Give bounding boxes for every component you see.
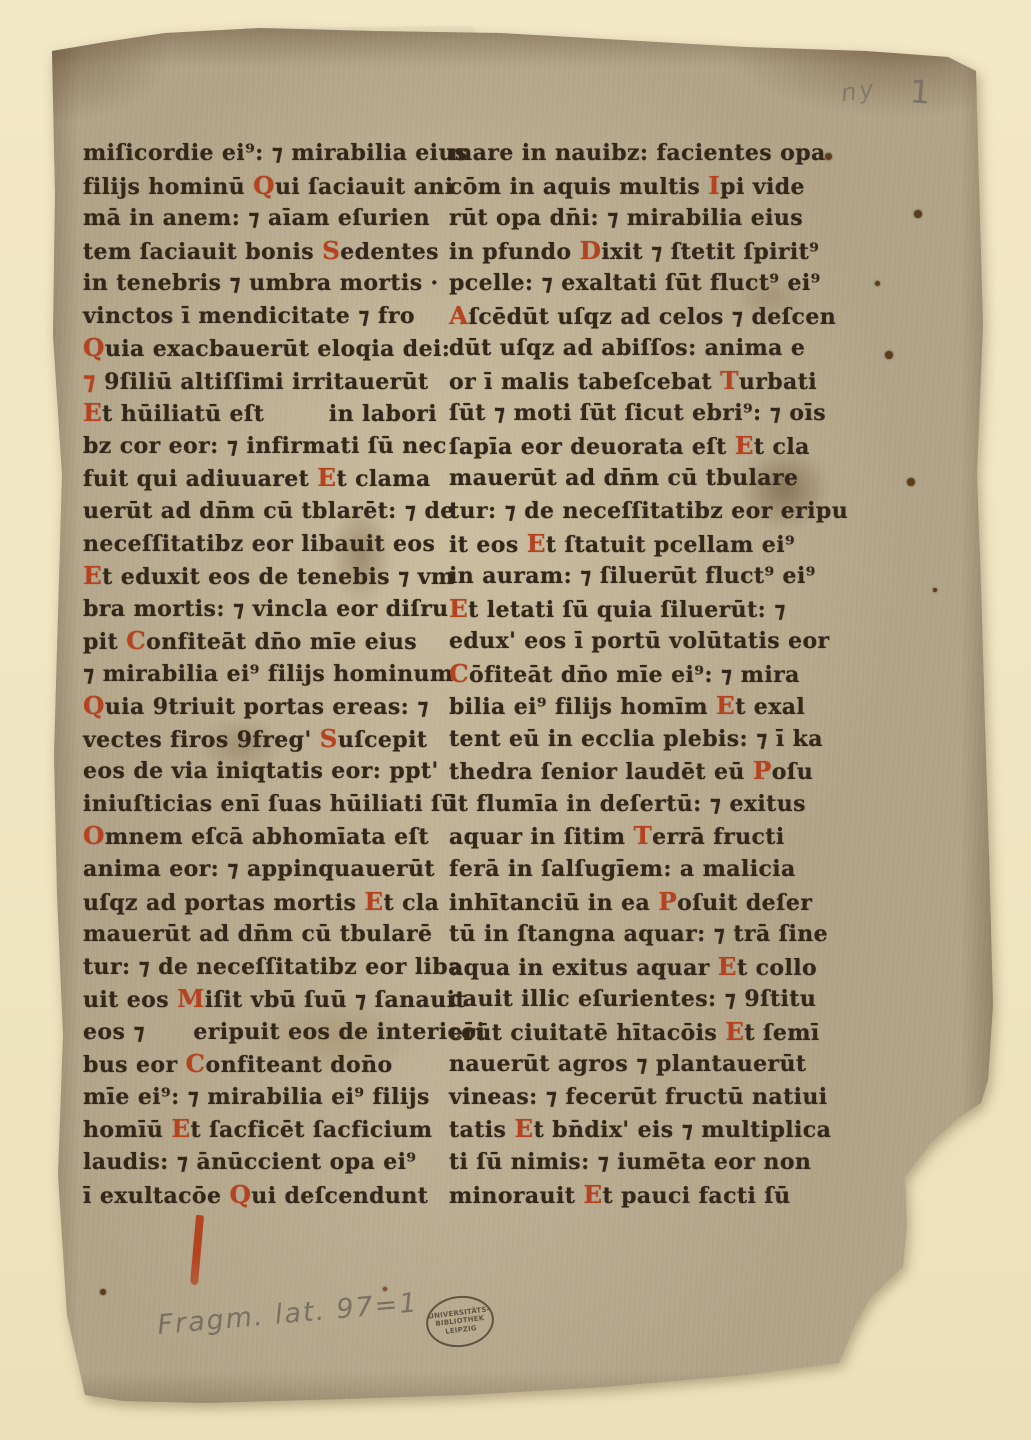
ink-text: mare in nauibz: facientes opa <box>449 140 826 166</box>
ink-text: ixit ⁊ ſtetit ſpirit⁹ <box>601 239 819 265</box>
ink-text: uia exacbauerūt eloqia dei: <box>105 336 450 362</box>
ink-text: ti ſū nimis: ⁊ iumēta eor non <box>449 1149 811 1175</box>
ink-text: in pfundo <box>449 239 580 265</box>
rubric-initial: E <box>364 887 383 916</box>
rubric-initial: E <box>718 952 737 981</box>
rubric-initial: P <box>658 887 677 916</box>
rubric-initial: ⁊ <box>83 366 96 395</box>
ink-text: uia 9triuit portas ereas: ⁊ <box>105 694 429 720</box>
text-line: vectes firos 9freg' Suſcepit <box>83 723 457 756</box>
ink-text: onfiteant don̄o <box>206 1052 393 1078</box>
ink-text: bilia ei⁹ filijs homīm <box>449 694 716 720</box>
text-line: or ī malis tabeſcebat Turbati <box>449 365 849 398</box>
text-line: aqua in exitus aquar Et collo <box>449 951 849 984</box>
ink-text: neceſſitatibz eor libauit eos <box>83 531 435 557</box>
text-line: tatis Et bn̄dix' eis ⁊ multiplica <box>449 1113 849 1146</box>
text-line: uit eos Miſit vbū ſuū ⁊ ſanauit <box>83 983 457 1016</box>
ink-text: erūt ciuitatē hītacōis <box>449 1020 725 1046</box>
ink-text: vineas: ⁊ fecerūt fructū natiui <box>449 1084 828 1110</box>
text-line: ti ſū nimis: ⁊ iumēta eor non <box>449 1146 849 1179</box>
ink-text: vectes firos 9freg' <box>83 727 320 753</box>
text-line: Et eduxit eos de tenebis ⁊ vm <box>83 560 457 593</box>
text-line: minorauit Et pauci facti ſū <box>449 1179 849 1212</box>
text-line: tur: ⁊ de neceſſitatibz eor liba <box>83 951 457 984</box>
ink-text: t ſacficēt ſacficium <box>191 1117 433 1143</box>
text-line: in tenebris ⁊ umbra mortis · <box>83 267 457 300</box>
ink-text: in auram: ⁊ ſiluerūt fluct⁹ ei⁹ <box>449 563 816 589</box>
text-line: erūt ciuitatē hītacōis Et ſemī <box>449 1016 849 1049</box>
text-line: anima eor: ⁊ appinquauerūt <box>83 853 457 886</box>
ink-text: minorauit <box>449 1183 583 1209</box>
rubric-initial-descender <box>190 1215 204 1285</box>
text-line: iniuſticias enī ſuas hūiliati ſū <box>83 788 457 821</box>
text-line: tem ſaciauit bonis Sedentes <box>83 235 457 268</box>
ink-text: eos de via iniqtatis eor: ppt' <box>83 758 439 784</box>
text-line: ſūt ⁊ moti ſūt ſicut ebri⁹: ⁊ oīs <box>449 397 849 430</box>
text-line: dūt uſqz ad abiſſos: anima e <box>449 332 849 365</box>
rubric-initial: S <box>322 236 340 265</box>
ink-text: mauerūt ad dn̄m cū tbularē <box>83 921 432 947</box>
ink-text: t collo <box>737 955 817 981</box>
rubric-initial: M <box>177 984 205 1013</box>
text-line: ſapīa eor deuorata eſt Et cla <box>449 430 849 463</box>
ink-text: t cla <box>383 890 439 916</box>
ink-text: t ſtatuit pcellam ei⁹ <box>546 532 795 558</box>
text-line: tur: ⁊ de neceſſitatibz eor eripu <box>449 495 849 528</box>
rubric-initial: A <box>449 301 469 330</box>
ink-text: pit <box>83 629 126 655</box>
ink-text: ī exultacōe <box>83 1183 229 1209</box>
text-line: in pfundo Dixit ⁊ ſtetit ſpirit⁹ <box>449 235 849 268</box>
ink-text: tatis <box>449 1117 514 1143</box>
ink-text: iſit vbū ſuū ⁊ ſanauit <box>205 987 466 1013</box>
ink-text: ſūt ⁊ moti ſūt ſicut ebri⁹: ⁊ oīs <box>449 400 826 426</box>
rubric-initial: S <box>320 724 338 753</box>
text-line: cauit illic eſurientes: ⁊ 9ſtitu <box>449 983 849 1016</box>
rubric-initial: C <box>186 1049 206 1078</box>
text-line: eos de via iniqtatis eor: ppt' <box>83 755 457 788</box>
ink-text: aquar in ſitim <box>449 824 633 850</box>
rubric-initial: E <box>583 1180 602 1209</box>
ink-text: bra mortis: ⁊ vincla eor diſru <box>83 596 449 622</box>
ink-text: t exal <box>735 694 805 720</box>
ink-text: tū in ſtangna aquar: ⁊ trā ſine <box>449 921 828 947</box>
text-column-right: mare in nauibz: facientes opacōm in aqui… <box>449 137 849 1211</box>
text-line: Aſcēdūt uſqz ad celos ⁊ deſcen <box>449 300 849 333</box>
ink-text: uſcepit <box>338 727 428 753</box>
text-line: Et letati ſū quia ſiluerūt: ⁊ <box>449 593 849 626</box>
ink-text: ferā in ſalſugīem: a malicia <box>449 856 796 882</box>
ink-text: oſu <box>772 759 813 785</box>
ink-text: edux' eos ī portū volūtatis eor <box>449 628 830 654</box>
rubric-initial: E <box>735 431 754 460</box>
text-line: it eos Et ſtatuit pcellam ei⁹ <box>449 528 849 561</box>
ink-text: it flumīa in deſertū: ⁊ exitus <box>449 791 806 817</box>
ink-text: anima eor: ⁊ appinquauerūt <box>83 856 435 882</box>
ink-text: homīū <box>83 1117 171 1143</box>
ink-text: cauit illic eſurientes: ⁊ 9ſtitu <box>449 986 816 1012</box>
ink-text: ſapīa eor deuorata eſt <box>449 434 735 460</box>
ink-text: eos ⁊ eripuit eos de intericōi <box>83 1019 485 1045</box>
text-line: mare in nauibz: facientes opa <box>449 137 849 170</box>
text-line: bilia ei⁹ filijs homīm Et exal <box>449 690 849 723</box>
shelfmark-annotation: Fragm. lat. 97=1 <box>156 1284 458 1341</box>
text-line: bus eor Confiteant don̄o <box>83 1048 457 1081</box>
rubric-initial: Q <box>83 691 105 720</box>
ink-text: urbati <box>739 369 817 395</box>
ink-text: errā fructi <box>652 824 784 850</box>
ink-text: tur: ⁊ de neceſſitatibz eor eripu <box>449 498 848 524</box>
text-line: uſqz ad portas mortis Et cla <box>83 886 457 919</box>
text-line: Et hūiliatū eſt in labori <box>83 397 457 430</box>
text-line: mauerūt ad dn̄m cū tbularē <box>83 918 457 951</box>
ink-text: uit eos <box>83 987 177 1013</box>
ink-text: filijs hominū <box>83 174 253 200</box>
text-line: homīū Et ſacficēt ſacficium <box>83 1113 457 1146</box>
ink-text: t bn̄dix' eis ⁊ multiplica <box>534 1117 832 1143</box>
ink-text: mīe ei⁹: ⁊ mirabilia ei⁹ filijs <box>83 1084 430 1110</box>
rubric-initial: T <box>720 366 739 395</box>
ink-text: bz cor eor: ⁊ infirmati ſū nec <box>83 433 447 459</box>
rubric-initial: D <box>580 236 602 265</box>
text-line: ⁊ 9ſiliū altiſſimi irritauerūt <box>83 365 457 398</box>
wormhole <box>907 478 915 486</box>
manuscript-photo: { "page": { "background_color": "#f0e5c2… <box>0 0 1031 1440</box>
rubric-initial: T <box>633 821 652 850</box>
ink-text: t clama <box>336 466 430 492</box>
ink-text: tem ſaciauit bonis <box>83 239 322 265</box>
text-line: Omnem eſcā abhomīata eſt <box>83 820 457 853</box>
ink-text: mauerūt ad dn̄m cū tbulare <box>449 465 798 491</box>
wormhole <box>933 588 937 592</box>
ink-text: mnem eſcā abhomīata eſt <box>105 824 429 850</box>
ink-text: t letati ſū quia ſiluerūt: ⁊ <box>468 597 786 623</box>
rubric-initial: I <box>708 171 720 200</box>
rubric-initial: E <box>317 463 336 492</box>
rubric-initial: Q <box>83 333 105 362</box>
text-line: uerūt ad dn̄m cū tblarēt: ⁊ de <box>83 495 457 528</box>
rubric-initial: Q <box>253 171 275 200</box>
text-line: rūt opa dn̄i: ⁊ mirabilia eius <box>449 202 849 235</box>
ink-text: t cla <box>754 434 810 460</box>
rubric-initial: E <box>527 529 546 558</box>
rubric-initial: E <box>83 561 102 590</box>
ink-text: nauerūt agros ⁊ plantauerūt <box>449 1051 807 1077</box>
ink-text: ui deſcendunt <box>251 1183 428 1209</box>
wormhole <box>100 1289 106 1295</box>
text-line: Quia 9triuit portas ereas: ⁊ <box>83 690 457 723</box>
ink-text: oſuit deſer <box>677 890 812 916</box>
ink-text: in tenebris ⁊ umbra mortis · <box>83 270 439 296</box>
ink-text: tent eū in ecclia plebis: ⁊ ī ka <box>449 726 823 752</box>
wormhole <box>885 351 893 359</box>
ink-text: bus eor <box>83 1052 186 1078</box>
text-line: mauerūt ad dn̄m cū tbulare <box>449 462 849 495</box>
text-line: inhītanciū in ea Poſuit deſer <box>449 886 849 919</box>
parchment-leaf-wrap: miſicordie ei⁹: ⁊ mirabilia eiusfilijs h… <box>45 25 995 1407</box>
ink-text: iniuſticias enī ſuas hūiliati ſū <box>83 791 457 817</box>
text-line: ī exultacōe Qui deſcendunt <box>83 1179 457 1212</box>
ink-text: thedra ſenior laudēt eū <box>449 759 753 785</box>
ink-text: aqua in exitus aquar <box>449 955 718 981</box>
rubric-initial: E <box>725 1017 744 1046</box>
ink-text: ui ſaciauit ani <box>275 174 454 200</box>
ink-text: t pauci facti ſū <box>603 1183 791 1209</box>
ink-text: pcelle: ⁊ exaltati ſūt fluct⁹ ei⁹ <box>449 270 821 296</box>
text-line: neceſſitatibz eor libauit eos <box>83 528 457 561</box>
parchment-leaf: miſicordie ei⁹: ⁊ mirabilia eiusfilijs h… <box>45 25 995 1407</box>
ink-text: ōfiteāt dn̄o mīe ei⁹: ⁊ mira <box>469 662 800 688</box>
ink-text: it eos <box>449 532 527 558</box>
ink-text: t eduxit eos de tenebis ⁊ vm <box>102 564 454 590</box>
rubric-initial: C <box>449 659 469 688</box>
wormhole <box>914 210 922 218</box>
ink-text: ſcēdūt uſqz ad celos ⁊ deſcen <box>469 304 837 330</box>
text-line: thedra ſenior laudēt eū Poſu <box>449 755 849 788</box>
text-line: pcelle: ⁊ exaltati ſūt fluct⁹ ei⁹ <box>449 267 849 300</box>
rubric-initial: P <box>753 756 772 785</box>
ink-text: 9ſiliū altiſſimi irritauerūt <box>96 369 429 395</box>
text-line: bra mortis: ⁊ vincla eor diſru <box>83 593 457 626</box>
text-line: ferā in ſalſugīem: a malicia <box>449 853 849 886</box>
text-line: mā in anem: ⁊ aīam eſurien <box>83 202 457 235</box>
text-line: Quia exacbauerūt eloqia dei: <box>83 332 457 365</box>
text-line: miſicordie ei⁹: ⁊ mirabilia eius <box>83 137 457 170</box>
ink-text: laudis: ⁊ ānūccient opa ei⁹ <box>83 1149 416 1175</box>
text-line: cōm in aquis multis Ipi vide <box>449 170 849 203</box>
ink-text: t hūiliatū eſt in labori <box>102 401 437 427</box>
ink-text: cōm in aquis multis <box>449 174 708 200</box>
rubric-initial: E <box>171 1114 190 1143</box>
ink-text: dūt uſqz ad abiſſos: anima e <box>449 335 805 361</box>
ink-text: uerūt ad dn̄m cū tblarēt: ⁊ de <box>83 498 455 524</box>
ink-text: edentes <box>340 239 439 265</box>
rubric-initial: C <box>126 626 146 655</box>
text-line: filijs hominū Qui ſaciauit ani <box>83 170 457 203</box>
text-line: aquar in ſitim Terrā fructi <box>449 820 849 853</box>
text-line: Cōfiteāt dn̄o mīe ei⁹: ⁊ mira <box>449 658 849 691</box>
ink-text: pi vide <box>720 174 805 200</box>
wormhole <box>875 281 880 286</box>
pencil-scribble: ny <box>839 75 878 108</box>
ink-text: ⁊ mirabilia ei⁹ filijs hominum <box>83 661 454 687</box>
rubric-initial: E <box>83 398 102 427</box>
ink-text: miſicordie ei⁹: ⁊ mirabilia eius <box>83 140 468 166</box>
ink-text: or ī malis tabeſcebat <box>449 369 720 395</box>
rubric-initial: E <box>716 691 735 720</box>
folio-number-annotation: 1 <box>909 72 932 111</box>
text-line: tent eū in ecclia plebis: ⁊ ī ka <box>449 723 849 756</box>
text-line: fuit qui adiuuaret Et clama <box>83 462 457 495</box>
rubric-initial: Q <box>229 1180 251 1209</box>
ink-text: onfiteāt dn̄o mīe eius <box>146 629 417 655</box>
text-line: bz cor eor: ⁊ infirmati ſū nec <box>83 430 457 463</box>
text-column-left: miſicordie ei⁹: ⁊ mirabilia eiusfilijs h… <box>83 137 457 1211</box>
text-line: vinctos ī mendicitate ⁊ fro <box>83 300 457 333</box>
text-line: pit Confiteāt dn̄o mīe eius <box>83 625 457 658</box>
rubric-initial: O <box>83 821 105 850</box>
ink-text: tur: ⁊ de neceſſitatibz eor liba <box>83 954 463 980</box>
ink-text: inhītanciū in ea <box>449 890 658 916</box>
text-line: in auram: ⁊ ſiluerūt fluct⁹ ei⁹ <box>449 560 849 593</box>
ink-text: t ſemī <box>744 1020 819 1046</box>
text-line: vineas: ⁊ fecerūt fructū natiui <box>449 1081 849 1114</box>
rubric-initial: E <box>449 594 468 623</box>
text-line: edux' eos ī portū volūtatis eor <box>449 625 849 658</box>
text-line: it flumīa in deſertū: ⁊ exitus <box>449 788 849 821</box>
ink-text: mā in anem: ⁊ aīam eſurien <box>83 205 430 231</box>
rubric-initial: E <box>514 1114 533 1143</box>
ink-text: rūt opa dn̄i: ⁊ mirabilia eius <box>449 205 803 231</box>
text-line: tū in ſtangna aquar: ⁊ trā ſine <box>449 918 849 951</box>
ink-text: fuit qui adiuuaret <box>83 466 317 492</box>
ink-text: vinctos ī mendicitate ⁊ fro <box>83 303 415 329</box>
ink-text: uſqz ad portas mortis <box>83 890 364 916</box>
text-line: laudis: ⁊ ānūccient opa ei⁹ <box>83 1146 457 1179</box>
text-line: ⁊ mirabilia ei⁹ filijs hominum <box>83 658 457 691</box>
text-line: eos ⁊ eripuit eos de intericōi <box>83 1016 457 1049</box>
text-line: mīe ei⁹: ⁊ mirabilia ei⁹ filijs <box>83 1081 457 1114</box>
text-line: nauerūt agros ⁊ plantauerūt <box>449 1048 849 1081</box>
